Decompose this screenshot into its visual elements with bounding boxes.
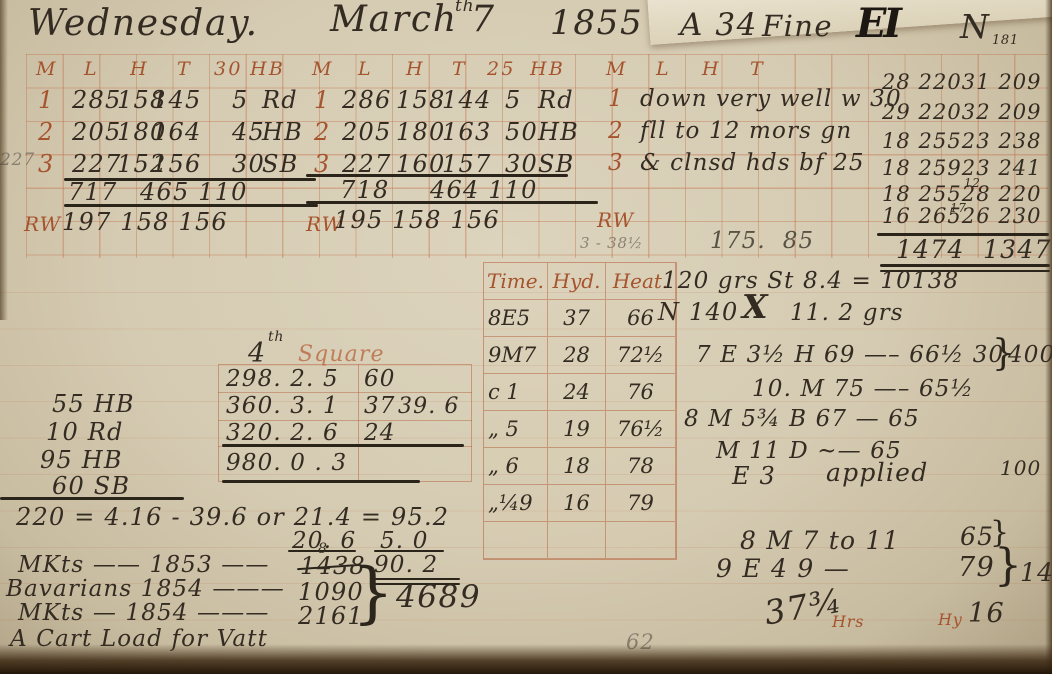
time-table-cell-r5-c1: „ 6 bbox=[484, 448, 548, 485]
ledger-middle-r1-c2: 286 bbox=[342, 88, 391, 112]
ledger-left-r3-c2: 227 bbox=[72, 152, 121, 176]
materials-3: 95 HB bbox=[40, 448, 123, 472]
square-39-6: 39. 6 bbox=[398, 396, 459, 418]
square-r1-c1: 298. 2. 5 bbox=[226, 368, 339, 391]
ledger-far-right-r6-c1: 16 26526 230 bbox=[882, 206, 1042, 227]
ledger-right-r2-c2: fll to 12 mors gn bbox=[640, 120, 852, 143]
calc-brace: } bbox=[352, 560, 394, 626]
ledger-left-header-0: M bbox=[36, 60, 58, 79]
time-table-cell-r3-c2: 24 bbox=[548, 374, 606, 411]
square-r3-c2: 24 bbox=[364, 422, 396, 445]
ledger-left-header-4: 30 bbox=[214, 60, 243, 79]
time-table-cell-r2-c2: 28 bbox=[548, 337, 606, 374]
time-table-cell-r6-c2: 16 bbox=[548, 485, 606, 522]
obs-line-2: 10. M 75 —– 65½ bbox=[752, 378, 974, 401]
t4-totals: 1474 1347 bbox=[896, 237, 1052, 262]
ledger-middle-r3-c1: 3 bbox=[314, 152, 330, 176]
obs-applied: applied bbox=[826, 460, 928, 485]
t3-rw-label: RW bbox=[597, 210, 634, 230]
ledger-middle-header-3: T bbox=[452, 60, 467, 79]
ledger-left-r1-c6: Rd bbox=[262, 88, 298, 112]
obs-e3: E 3 bbox=[732, 464, 776, 488]
ledger-left-header-2: H bbox=[130, 60, 149, 79]
calc-5-0: 5. 0 bbox=[380, 530, 429, 553]
photo-edge-left bbox=[0, 0, 8, 320]
time-table-cell-r7-c3 bbox=[606, 522, 676, 559]
time-table-cell-r2-c1: 9M7 bbox=[484, 337, 548, 374]
obs-100: 100 bbox=[1000, 458, 1041, 478]
time-table-header-1: Hyd. bbox=[548, 263, 606, 300]
ledger-far-right-r1-c1: 28 22031 209 bbox=[882, 72, 1042, 93]
time-table-cell-r4-c3: 76½ bbox=[606, 411, 676, 448]
ledger-right-r1-c1: 1 bbox=[608, 88, 624, 111]
ledger-middle-r1-c4: 144 bbox=[442, 88, 491, 112]
t1-rw-values: 197 158 156 bbox=[62, 210, 228, 234]
calc-sup-8: 8 bbox=[318, 542, 328, 556]
t1-rw-label: RW bbox=[24, 214, 61, 234]
ledger-middle-header-0: M bbox=[312, 60, 334, 79]
square-r4-c1: 980. 0 . 3 bbox=[226, 452, 347, 475]
ledger-left-r3-c5: 30 bbox=[232, 152, 265, 176]
note-n140: N 140 bbox=[658, 300, 738, 324]
ledger-right-header-3: T bbox=[750, 60, 765, 79]
time-table-cell-r6-c3: 79 bbox=[606, 485, 676, 522]
ledger-left-header-5: HB bbox=[250, 60, 285, 79]
ledger-right-header-1: L bbox=[656, 60, 671, 79]
ledger-middle-header-1: L bbox=[358, 60, 373, 79]
ledger-far-right-r3-c1: 18 25523 238 bbox=[882, 131, 1042, 152]
ledger-middle-r3-c5: 30 bbox=[505, 152, 538, 176]
ledger-middle-header-4: 25 bbox=[487, 60, 516, 79]
time-table-cell-r5-c3: 78 bbox=[606, 448, 676, 485]
ledger-middle-r2-c1: 2 bbox=[314, 120, 330, 144]
t2-sum-1: 718 bbox=[340, 178, 389, 202]
ledger-middle-r2-c6: HB bbox=[538, 120, 579, 144]
ledger-middle-r3-c2: 227 bbox=[342, 152, 391, 176]
square-r1-c2: 60 bbox=[364, 368, 396, 391]
time-table-cell-r3-c3: 76 bbox=[606, 374, 676, 411]
header-day-ordinal: th bbox=[455, 0, 474, 15]
ledger-middle-r3-c6: SB bbox=[538, 152, 574, 176]
time-table-cell-r1-c1: 8E5 bbox=[484, 300, 548, 337]
time-table-header-0: Time. bbox=[484, 263, 548, 300]
ledger-left-r1-c4: 145 bbox=[152, 88, 201, 112]
t1-sum-1: 717 bbox=[68, 180, 117, 204]
time-table-cell-r4-c2: 19 bbox=[548, 411, 606, 448]
header-year: 1855 bbox=[550, 6, 643, 40]
square-r2-c2: 37 bbox=[364, 395, 396, 418]
header-stamp: EI bbox=[856, 4, 899, 44]
time-table-cell-r6-c1: „¼9 bbox=[484, 485, 548, 522]
ledger-middle-r3-c4: 157 bbox=[442, 152, 491, 176]
ledger-middle-r1-c3: 158 bbox=[396, 88, 445, 112]
header-day: Wednesday. bbox=[28, 6, 259, 42]
t2-rw-values: 195 158 156 bbox=[334, 208, 500, 232]
square-r3-c1: 320. 2. 6 bbox=[226, 422, 339, 445]
calc-mkts-1853: MKts —— 1853 —— bbox=[18, 554, 270, 577]
hy-16: 16 bbox=[968, 600, 1005, 627]
pencil-calc: 3 - 38½ bbox=[580, 236, 643, 251]
obs-line-3: 8 M 5¾ B 67 — 65 bbox=[684, 408, 920, 431]
ledger-left-r2-c1: 2 bbox=[38, 120, 54, 144]
ledger-left-r2-c5: 45 bbox=[232, 120, 265, 144]
ledger-middle-header-5: HB bbox=[530, 60, 565, 79]
header-code: A 34 bbox=[680, 10, 758, 41]
time-table-cell-r4-c1: „ 5 bbox=[484, 411, 548, 448]
ledger-left-r3-c4: 156 bbox=[152, 152, 201, 176]
ledger-right-r1-c2: down very well w 30 bbox=[640, 88, 902, 111]
time-table-cell-r1-c2: 37 bbox=[548, 300, 606, 337]
ledger-left-header-3: T bbox=[177, 60, 192, 79]
ledger-far-right-r4-c1: 18 25923 241 bbox=[882, 158, 1042, 179]
ledger-far-right-r5-c1: 18 25528 220 bbox=[882, 184, 1042, 205]
materials-4: 60 SB bbox=[52, 474, 130, 498]
ledger-left-r1-c1: 1 bbox=[38, 88, 54, 112]
time-table-cell-r5-c2: 18 bbox=[548, 448, 606, 485]
ledger-right-r2-c1: 2 bbox=[608, 120, 624, 143]
fourth-square-table-divider bbox=[358, 364, 359, 482]
obs-line-1: 7 E 3½ H 69 —– 66½ 30 bbox=[696, 344, 1004, 367]
ink-rule-5 bbox=[880, 264, 1050, 267]
ledger-middle-r1-c5: 5 bbox=[505, 88, 521, 112]
header-number-sub: 181 bbox=[992, 34, 1019, 47]
hours-line-1: 8 M 7 to 11 bbox=[740, 528, 900, 553]
ink-rule-14 bbox=[222, 480, 420, 483]
ledger-middle-r1-c1: 1 bbox=[314, 88, 330, 112]
ledger-left-r1-c5: 5 bbox=[232, 88, 248, 112]
ledger-left-r2-c4: 164 bbox=[152, 120, 201, 144]
time-table-cell-r7-c1 bbox=[484, 522, 548, 559]
materials-1: 55 HB bbox=[52, 392, 135, 416]
header-number: N bbox=[960, 10, 991, 43]
ledger-middle-r3-c3: 160 bbox=[396, 152, 445, 176]
materials-2: 10 Rd bbox=[46, 420, 124, 444]
calc-4689: 4689 bbox=[396, 582, 481, 613]
t2-sum-2: 464 110 bbox=[430, 178, 538, 202]
ledger-middle-header-2: H bbox=[406, 60, 425, 79]
hours-brace-2: } bbox=[994, 544, 1022, 588]
ledger-left-r2-c2: 205 bbox=[72, 120, 121, 144]
ledger-middle-r2-c5: 50 bbox=[505, 120, 538, 144]
calc-mkts-1854: MKts — 1854 ——— bbox=[18, 602, 270, 625]
time-table-cell-r7-c2 bbox=[548, 522, 606, 559]
ledger-left-r1-c2: 285 bbox=[72, 88, 121, 112]
square-title-4: 4 bbox=[248, 340, 267, 367]
ledger-right-r3-c1: 3 bbox=[608, 152, 624, 175]
note-grains: 120 grs St 8.4 = 10138 bbox=[662, 270, 959, 293]
note-grains-2: 11. 2 grs bbox=[790, 302, 904, 325]
ledger-right-r3-c2: & clnsd hds bf 25 bbox=[640, 152, 865, 175]
ledger-left-r3-c6: SB bbox=[262, 152, 298, 176]
hours-line-2: 9 E 4 9 — bbox=[716, 556, 850, 581]
photo-edge-right bbox=[1045, 0, 1052, 674]
ledger-right-header-2: H bbox=[702, 60, 721, 79]
ledger-middle-r1-c6: Rd bbox=[538, 88, 574, 112]
ledger-left-r2-c6: HB bbox=[262, 120, 303, 144]
ledger-page: Time.Hyd.Heat.8E537669M72872½c 12476„ 51… bbox=[0, 0, 1052, 674]
ledger-middle-r2-c2: 205 bbox=[342, 120, 391, 144]
ledger-middle-r2-c3: 180 bbox=[396, 120, 445, 144]
t1-sum-2: 465 110 bbox=[140, 180, 248, 204]
calc-equation: 220 = 4.16 - 39.6 or 21.4 = 95.2 bbox=[16, 505, 449, 529]
ledger-far-right-r2-c1: 29 22032 209 bbox=[882, 102, 1042, 123]
hy-label: Hy bbox=[938, 612, 963, 628]
calc-bavarians: Bavarians 1854 ——— bbox=[6, 578, 285, 601]
photo-edge-bottom bbox=[0, 644, 1052, 674]
ledger-middle-r2-c4: 163 bbox=[442, 120, 491, 144]
ledger-left-header-1: L bbox=[84, 60, 99, 79]
ledger-left-r3-c1: 3 bbox=[38, 152, 54, 176]
note-x-mark: X bbox=[742, 290, 769, 323]
time-table-cell-r3-c1: c 1 bbox=[484, 374, 548, 411]
time-hyd-heat-table: Time.Hyd.Heat.8E537669M72872½c 12476„ 51… bbox=[483, 262, 677, 560]
square-title-th: th bbox=[268, 330, 284, 344]
note-175-85: 175. 85 bbox=[710, 230, 814, 253]
header-weather: Fine bbox=[762, 12, 833, 41]
hours-79: 79 bbox=[958, 554, 995, 581]
ledger-right-header-0: M bbox=[606, 60, 628, 79]
square-title-word: Square bbox=[298, 344, 385, 366]
time-table-cell-r2-c3: 72½ bbox=[606, 337, 676, 374]
hours-hrs-label: Hrs bbox=[832, 614, 864, 630]
square-r2-c1: 360. 3. 1 bbox=[226, 395, 339, 418]
